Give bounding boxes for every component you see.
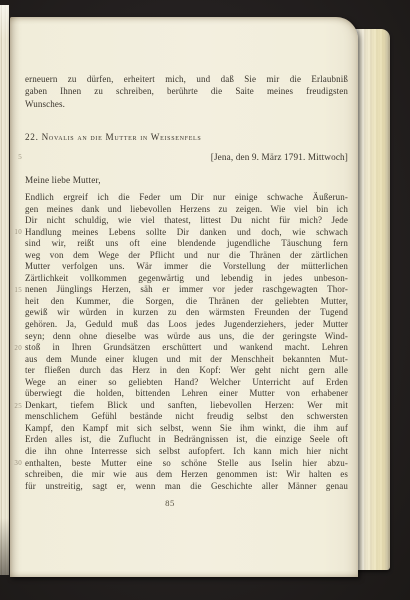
letter-body: Endlich ergreif ich die Feder um Dir nur… [25, 192, 348, 492]
text-line: überwiegt die holden, bittenden Lehren e… [25, 388, 348, 400]
line-number: 10 [10, 226, 22, 238]
text-line: Wege an einer so geliebten Hand? Welcher… [25, 377, 348, 389]
text-line: Wunsches. [25, 98, 348, 110]
text-line: aus dem Munde einer klugen und mit der M… [25, 354, 348, 366]
text-line: Zärtlichkeit vollkommen gegenwärtig und … [25, 273, 348, 285]
text-line: Endlich ergreif ich die Feder um Dir nur… [25, 192, 348, 204]
book-scan-scene: 51015202530 erneuern zu dürfen, erheiter… [0, 0, 410, 600]
letter-heading: 22. Novalis an die Mutter in Weissenfels [25, 131, 348, 143]
text-line: Dir nicht schuldig, wie viel thatest, li… [25, 215, 348, 227]
text-line: seyn; denn ohne dieselbe was würde aus u… [25, 331, 348, 343]
book-page: 51015202530 erneuern zu dürfen, erheiter… [10, 17, 358, 577]
facing-page-fore-edge [0, 5, 9, 575]
line-number: 15 [10, 284, 22, 296]
letter-dateline: [Jena, den 9. März 1791. Mittwoch] [25, 151, 348, 163]
text-line: gaben Ihnen zu schreiben, berührte die S… [25, 85, 348, 97]
text-line: die ihn ohne Interresse sich selbst aufo… [25, 446, 348, 458]
text-line: Denkart, tiefem Blick und sanften, liebe… [25, 400, 348, 412]
letter-salutation: Meine liebe Mutter, [25, 174, 348, 186]
text-line: gen meines dank und liebevollen Herzens … [25, 204, 348, 216]
line-number: 5 [10, 151, 22, 163]
text-line: stoß in Ihren Grundsätzen erschüttert un… [25, 342, 348, 354]
text-line: Handlung meines Lebens sollte Dir danken… [25, 227, 348, 239]
text-line: gehören. Ja, Geduld muß das Loos jedes J… [25, 319, 348, 331]
line-number: 25 [10, 400, 22, 412]
text-line: enthalten, beste Mutter eine so schöne S… [25, 458, 348, 470]
line-number: 30 [10, 457, 22, 469]
text-line: menschlichem Gefühl bestände nicht freud… [25, 411, 348, 423]
text-line: erneuern zu dürfen, erheitert mich, und … [25, 73, 348, 85]
text-line: sind wir, reißt uns oft eine blendende j… [25, 238, 348, 250]
text-line: Mutter verfolgen uns. Wär immer die Vors… [25, 261, 348, 273]
line-number: 20 [10, 342, 22, 354]
text-line: weg von dem Wege der Pflicht und nur die… [25, 250, 348, 262]
paragraph-continuation: erneuern zu dürfen, erheitert mich, und … [25, 73, 348, 110]
text-line: Kampf, den Kampf mit sich selbst, wenn S… [25, 423, 348, 435]
page-number: 85 [140, 497, 200, 509]
text-line: Erden alles ist, die Zuflucht in Bedräng… [25, 434, 348, 446]
text-line: für unstreitig, sagt er, wenn man die Ge… [25, 481, 348, 493]
text-line: gewiß wir würden in kurzen zu den wärmst… [25, 307, 348, 319]
text-line: schreiben, die mir wie aus dem Herzen ge… [25, 469, 348, 481]
text-line: heit den Kummer, die Sorgen, die Thränen… [25, 296, 348, 308]
text-line: ter fließen durch das Herz in den Kopf: … [25, 365, 348, 377]
text-line: nenen Jünglings Herzen, säh er immer vor… [25, 284, 348, 296]
